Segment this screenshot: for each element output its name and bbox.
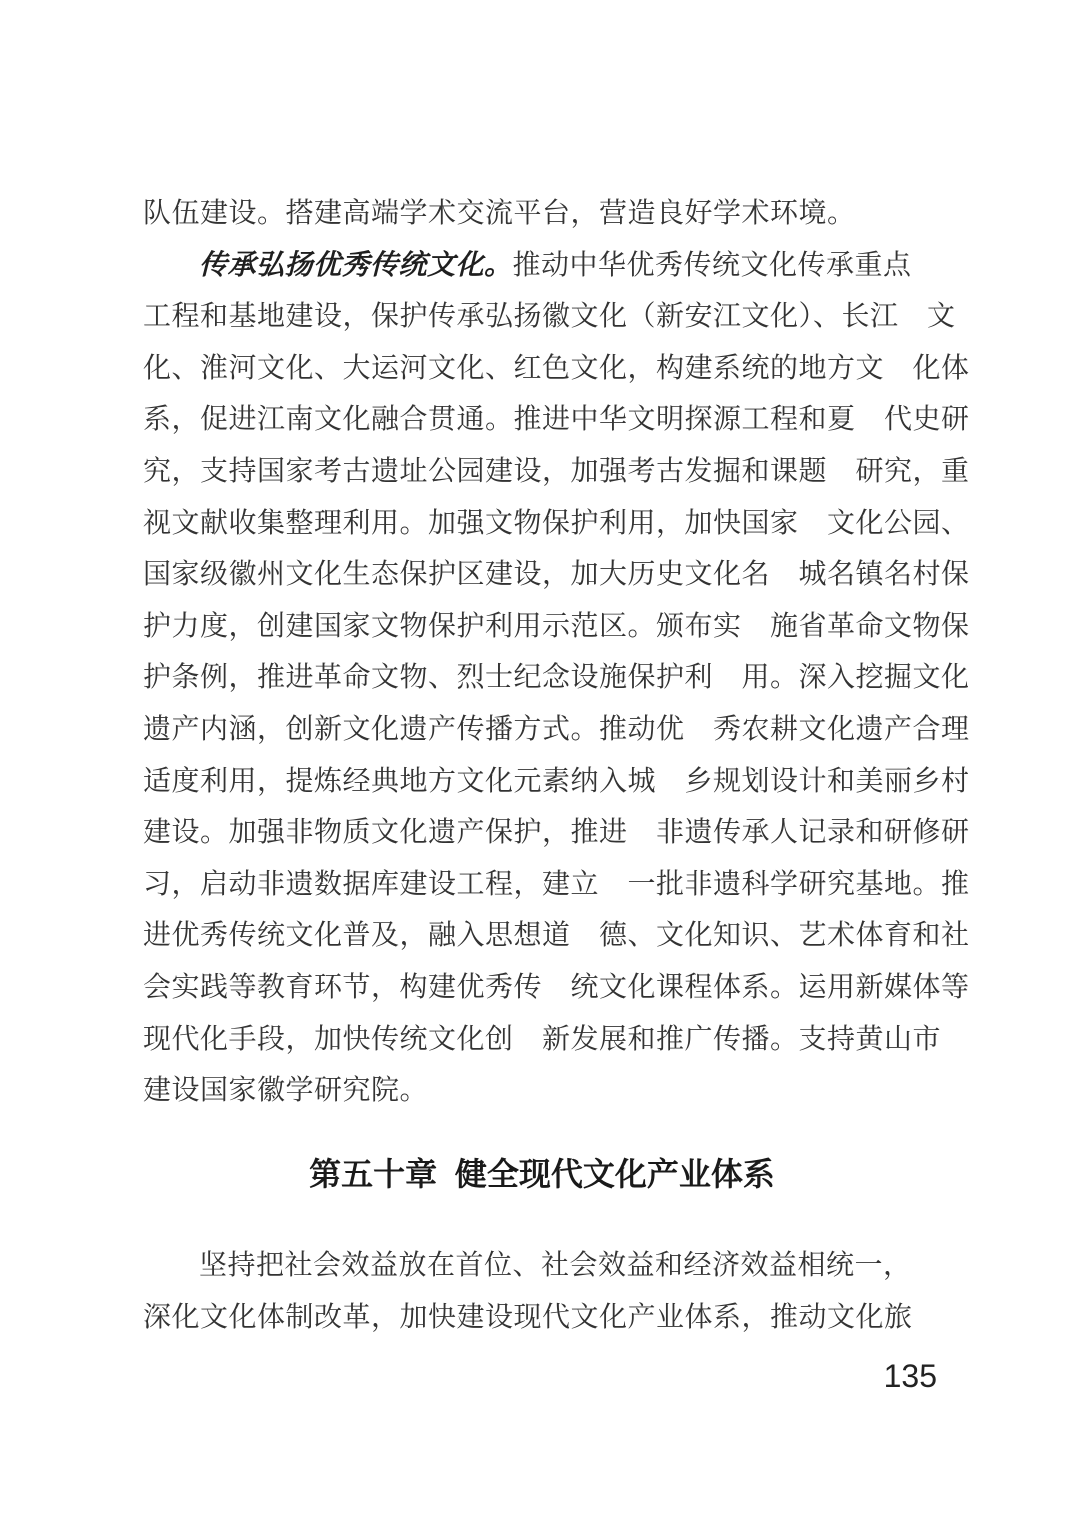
paragraph-line: 护力度，创建国家文物保护利用示范区。颁布实 施省革命文物保 — [143, 601, 958, 653]
section-opening-paragraph: 坚持把社会效益放在首位、社会效益和经济效益相统一， 深化文化体制改革，加快建设现… — [143, 1240, 958, 1343]
chapter-heading: 第五十章 健全现代文化产业体系 — [143, 1150, 941, 1198]
paragraph-line: 建设国家徽学研究院。 — [143, 1065, 958, 1117]
paragraph-line: 进优秀传统文化普及，融入思想道 德、文化知识、艺术体育和社 — [143, 910, 958, 962]
paragraph-line: 国家级徽州文化生态保护区建设，加大历史文化名 城名镇名村保 — [143, 549, 958, 601]
paragraph-line: 化、淮河文化、大运河文化、红色文化，构建系统的地方文 化体 — [143, 343, 958, 395]
paragraph-line: 工程和基地建设，保护传承弘扬徽文化（新安江文化）、长江 文 — [143, 291, 958, 343]
paragraph-line: 习，启动非遗数据库建设工程，建立 一批非遗科学研究基地。推 — [143, 859, 958, 911]
bold-lead-phrase: 传承弘扬优秀传统文化。 — [199, 250, 513, 281]
paragraph-line: 队伍建设。搭建高端学术交流平台，营造良好学术环境。 — [143, 188, 958, 240]
paragraph-line: 究，支持国家考古遗址公园建设，加强考古发掘和课题 研究，重 — [143, 446, 958, 498]
paragraph-line: 视文献收集整理利用。加强文物保护利用，加快国家 文化公园、 — [143, 498, 958, 550]
document-page: 队伍建设。搭建高端学术交流平台，营造良好学术环境。 传承弘扬优秀传统文化。推动中… — [0, 0, 1080, 1527]
paragraph-text: 推动中华优秀传统文化传承重点 — [513, 250, 912, 281]
paragraph-line: 会实践等教育环节，构建优秀传 统文化课程体系。运用新媒体等 — [143, 962, 958, 1014]
paragraph-line: 适度利用，提炼经典地方文化元素纳入城 乡规划设计和美丽乡村 — [143, 756, 958, 808]
page-number: 135 — [884, 1358, 937, 1394]
paragraph-line: 传承弘扬优秀传统文化。推动中华优秀传统文化传承重点 — [143, 240, 958, 292]
paragraph-line: 护条例，推进革命文物、烈士纪念设施保护利 用。深入挖掘文化 — [143, 652, 958, 704]
text-block: 队伍建设。搭建高端学术交流平台，营造良好学术环境。 传承弘扬优秀传统文化。推动中… — [143, 188, 958, 1117]
paragraph-line: 坚持把社会效益放在首位、社会效益和经济效益相统一， — [143, 1240, 958, 1292]
paragraph-line: 深化文化体制改革，加快建设现代文化产业体系，推动文化旅 — [143, 1292, 958, 1344]
paragraph-line: 现代化手段，加快传统文化创 新发展和推广传播。支持黄山市 — [143, 1014, 958, 1066]
paragraph-line: 遗产内涵，创新文化遗产传播方式。推动优 秀农耕文化遗产合理 — [143, 704, 958, 756]
paragraph-line: 系，促进江南文化融合贯通。推进中华文明探源工程和夏 代史研 — [143, 394, 958, 446]
paragraph-line: 建设。加强非物质文化遗产保护，推进 非遗传承人记录和研修研 — [143, 807, 958, 859]
